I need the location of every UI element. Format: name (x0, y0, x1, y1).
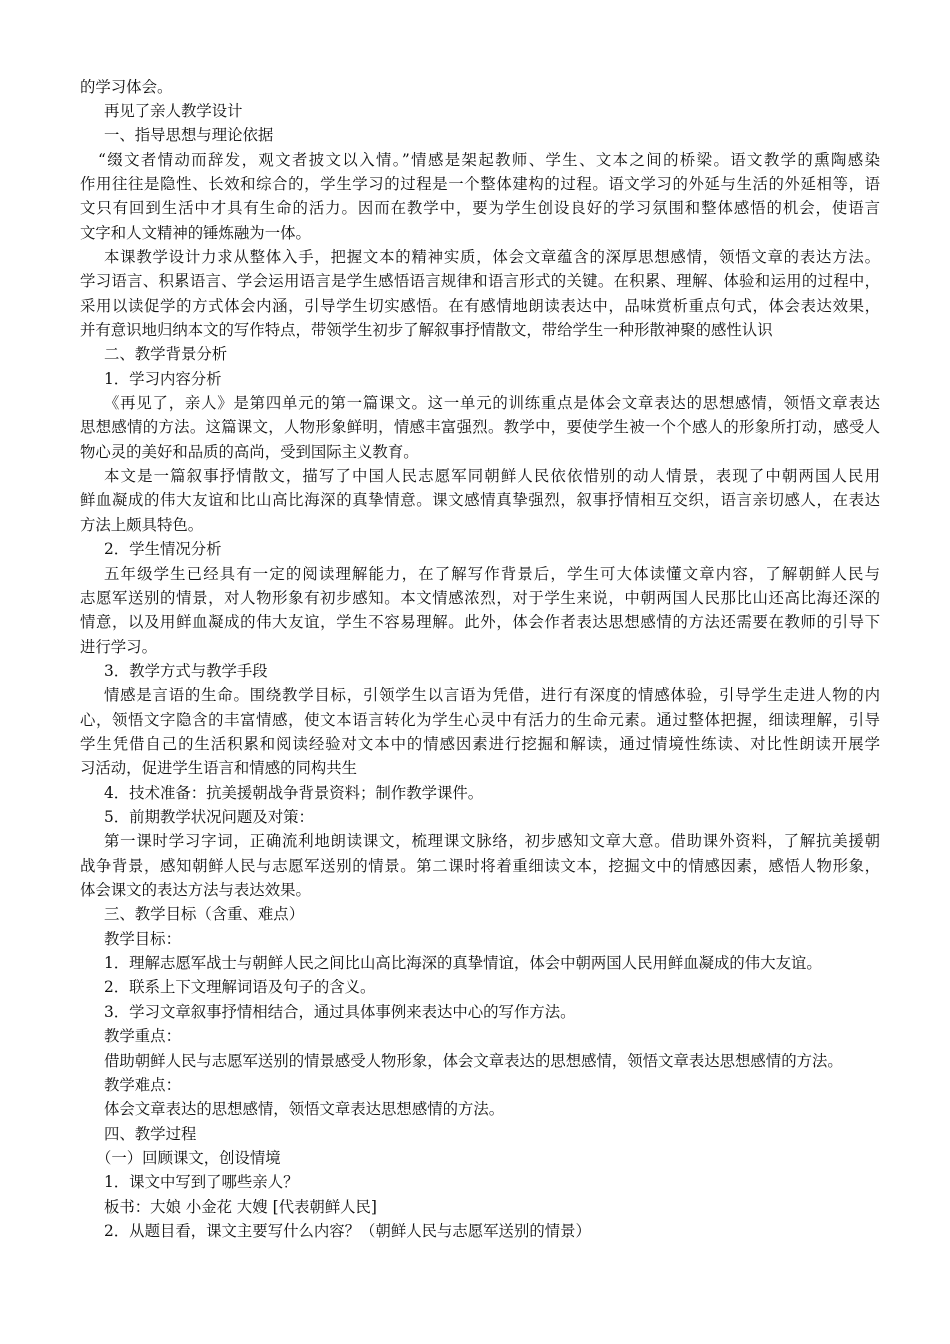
text-line: 二、教学背景分析 (104, 342, 880, 366)
text-line: 方法上颇具特色。 (80, 513, 880, 537)
text-line: 1．课文中写到了哪些亲人？ (104, 1170, 880, 1194)
text-line: 教学目标： (104, 927, 880, 951)
text-line: 再见了亲人教学设计 (104, 99, 880, 123)
text-line: 并有意识地归纳本文的写作特点，带领学生初步了解叙事抒情散文，带给学生一种形散神聚… (80, 318, 880, 342)
text-line: 四、教学过程 (104, 1122, 880, 1146)
text-line: 《再见了，亲人》是第四单元的第一篇课文。这一单元的训练重点是体会文章表达的思想感… (104, 391, 880, 415)
text-line: 板书：大娘 小金花 大嫂 [代表朝鲜人民] (104, 1195, 880, 1219)
text-line: 心，领悟文字隐含的丰富情感，使文本语言转化为学生心灵中有活力的生命元素。通过整体… (80, 708, 880, 732)
text-line: 2．学生情况分析 (104, 537, 880, 561)
text-line: 本文是一篇叙事抒情散文，描写了中国人民志愿军同朝鲜人民依依惜别的动人情景，表现了… (104, 464, 880, 488)
text-line: 2．从题目看，课文主要写什么内容？（朝鲜人民与志愿军送别的情景） (104, 1219, 880, 1243)
text-line: 3．教学方式与教学手段 (104, 659, 880, 683)
text-line: 一、指导思想与理论依据 (104, 123, 880, 147)
text-line: 4．技术准备：抗美援朝战争背景资料；制作教学课件。 (104, 781, 880, 805)
text-line: 战争背景，感知朝鲜人民与志愿军送别的情景。第二课时将着重细读文本，挖掘文中的情感… (80, 854, 880, 878)
text-line: 的学习体会。 (80, 75, 880, 99)
text-line: 习活动，促进学生语言和情感的同构共生 (80, 756, 880, 780)
text-line: 体会课文的表达方法与表达效果。 (80, 878, 880, 902)
text-line: 学习语言、积累语言、学会运用语言是学生感悟语言规律和语言形式的关键。在积累、理解… (80, 269, 880, 293)
text-line: 教学难点： (104, 1073, 880, 1097)
text-line: 采用以读促学的方式体会内涵，引导学生切实感悟。在有感情地朗读表达中，品味赏析重点… (80, 294, 880, 318)
text-line: 5．前期教学状况问题及对策： (104, 805, 880, 829)
text-line: 物心灵的美好和品质的高尚，受到国际主义教育。 (80, 440, 880, 464)
text-line: 志愿军送别的情景，对人物形象有初步感知。本文情感浓烈，对于学生来说，中朝两国人民… (80, 586, 880, 610)
text-line: 情感是言语的生命。围绕教学目标，引领学生以言语为凭借，进行有深度的情感体验，引导… (104, 683, 880, 707)
text-line: 作用往往是隐性、长效和综合的，学生学习的过程是一个整体建构的过程。语文学习的外延… (80, 172, 880, 196)
text-line: 五年级学生已经具有一定的阅读理解能力，在了解写作背景后，学生可大体读懂文章内容，… (104, 562, 880, 586)
text-line: 借助朝鲜人民与志愿军送别的情景感受人物形象，体会文章表达的思想感情，领悟文章表达… (104, 1049, 880, 1073)
text-line: 情意，以及用鲜血凝成的伟大友谊，学生不容易理解。此外，体会作者表达思想感情的方法… (80, 610, 880, 634)
text-line: 三、教学目标（含重、难点） (104, 902, 880, 926)
text-line: 1．理解志愿军战士与朝鲜人民之间比山高比海深的真挚情谊，体会中朝两国人民用鲜血凝… (104, 951, 880, 975)
text-line: 思想感情的方法。这篇课文，人物形象鲜明，情感丰富强烈。教学中，要使学生被一个个感… (80, 415, 880, 439)
text-line: 鲜血凝成的伟大友谊和比山高比海深的真挚情意。课文感情真挚强烈，叙事抒情相互交织，… (80, 488, 880, 512)
text-line: 3．学习文章叙事抒情相结合，通过具体事例来表达中心的写作方法。 (104, 1000, 880, 1024)
text-line: 1．学习内容分析 (104, 367, 880, 391)
text-line: 学生凭借自己的生活积累和阅读经验对文本中的情感因素进行挖掘和解读，通过情境性练读… (80, 732, 880, 756)
text-line: 教学重点： (104, 1024, 880, 1048)
text-line: “缀文者情动而辞发，观文者披文以入情。”情感是架起教师、学生、文本之间的桥梁。语… (98, 148, 880, 172)
text-line: 2．联系上下文理解词语及句子的含义。 (104, 975, 880, 999)
text-line: 文只有回到生活中才具有生命的活力。因而在教学中，要为学生创设良好的学习氛围和整体… (80, 196, 880, 220)
text-line: 第一课时学习字词，正确流利地朗读课文，梳理课文脉络，初步感知文章大意。借助课外资… (104, 829, 880, 853)
text-line: （一）回顾课文，创设情境 (96, 1146, 896, 1170)
text-line: 体会文章表达的思想感情，领悟文章表达思想感情的方法。 (104, 1097, 880, 1121)
text-line: 进行学习。 (80, 635, 880, 659)
document-page: 的学习体会。再见了亲人教学设计一、指导思想与理论依据“缀文者情动而辞发，观文者披… (0, 0, 950, 1344)
text-line: 本课教学设计力求从整体入手，把握文本的精神实质，体会文章蕴含的深厚思想感情，领悟… (104, 245, 880, 269)
text-line: 文字和人文精神的锤炼融为一体。 (80, 221, 880, 245)
